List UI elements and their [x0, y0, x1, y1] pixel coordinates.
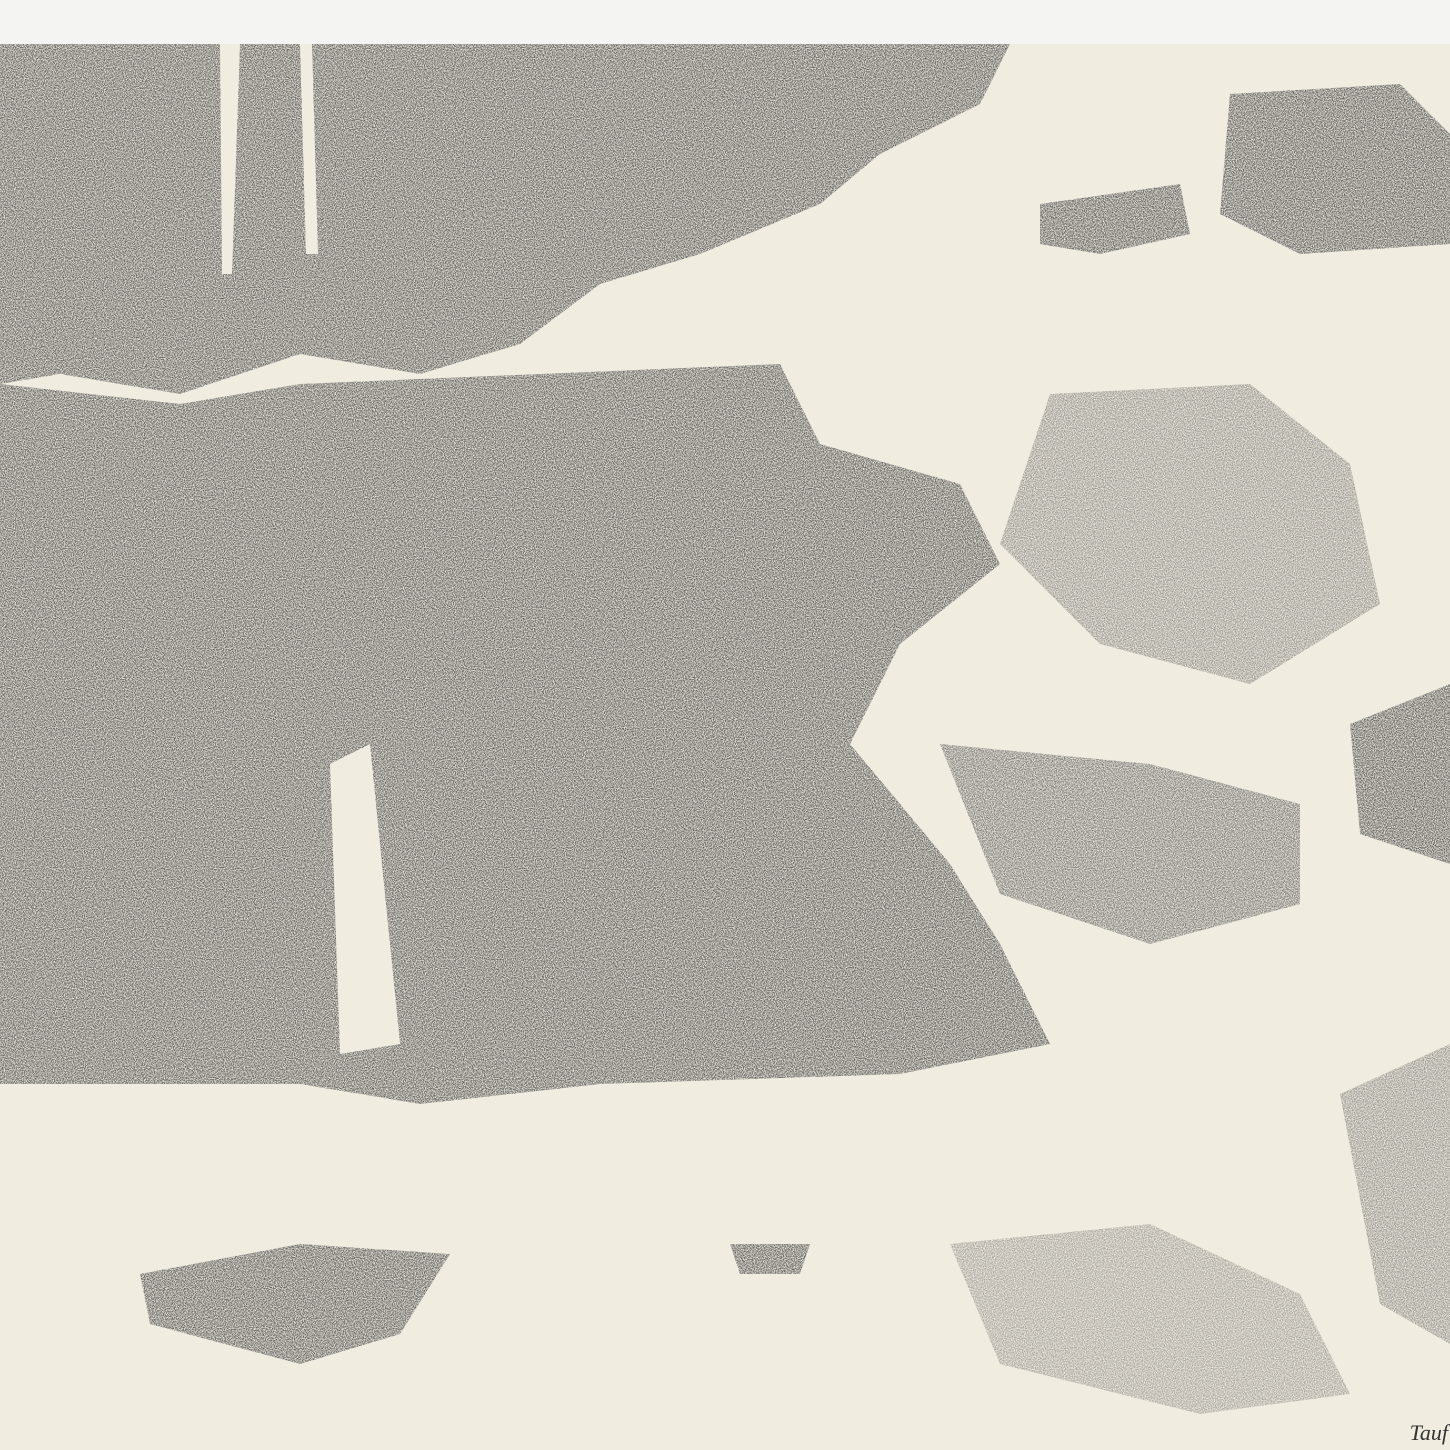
artist-signature: Tauf	[1410, 1420, 1448, 1446]
artwork-print: Tauf	[0, 44, 1450, 1450]
print-texture	[0, 44, 1450, 1450]
